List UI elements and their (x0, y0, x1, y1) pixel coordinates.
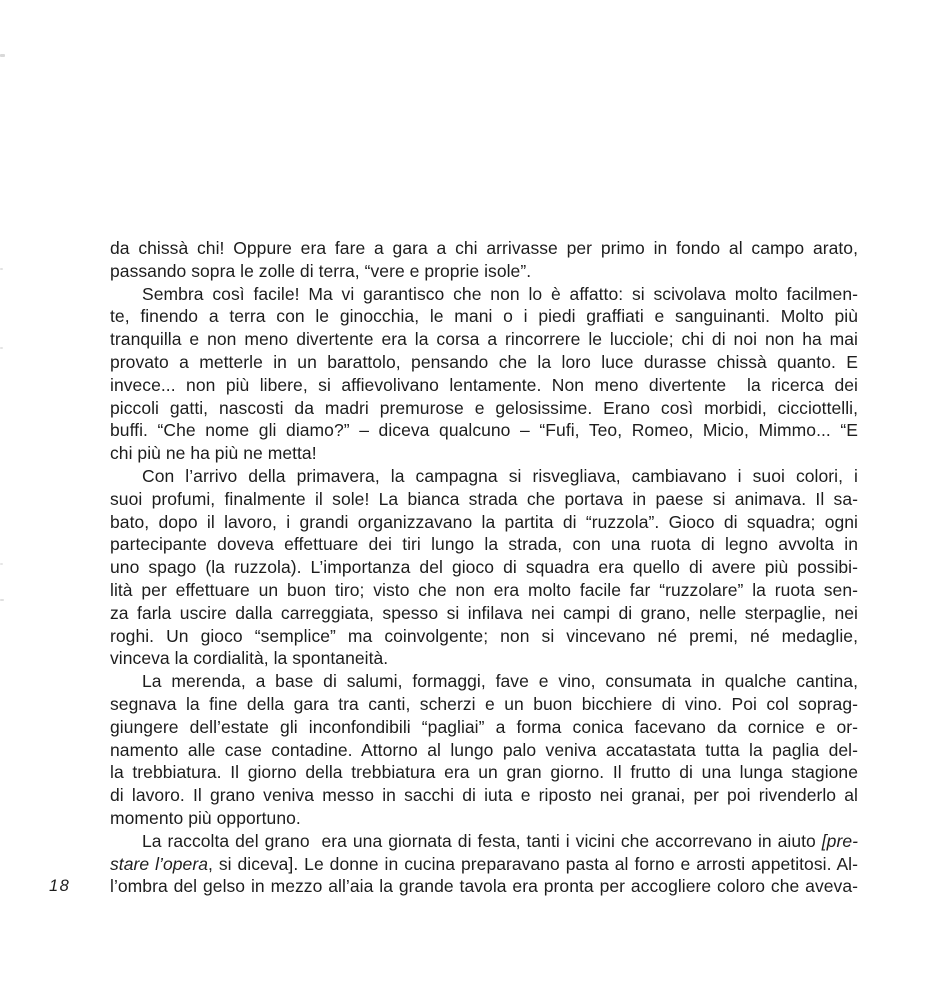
text-segment: La raccolta del grano era una giornata d… (142, 831, 822, 851)
italic-text-segment: [pre- (822, 831, 858, 851)
text-segment: lità per effettuare un buon tiro; visto … (110, 580, 858, 600)
text-segment: vinceva la cordialità, la spontaneità. (110, 648, 388, 668)
text-line: la trebbiatura. Il giorno della trebbiat… (110, 761, 858, 784)
text-segment: za farla uscire dalla carreggiata, spess… (110, 603, 858, 623)
book-page: 18 da chissà chi! Oppure era fare a gara… (0, 0, 942, 1000)
text-line: vinceva la cordialità, la spontaneità. (110, 647, 858, 670)
text-segment: , si diceva]. Le donne in cucina prepara… (208, 854, 858, 874)
text-segment: te, finendo a terra con le ginocchia, le… (110, 306, 858, 326)
text-line: roghi. Un gioco “semplice” ma coinvolgen… (110, 625, 858, 648)
text-line: Sembra così facile! Ma vi garantisco che… (110, 283, 858, 306)
body-text: da chissà chi! Oppure era fare a gara a … (110, 237, 858, 898)
text-segment: bato, dopo il lavoro, i grandi organizza… (110, 512, 858, 532)
text-line: giungere dell’estate gli inconfondibili … (110, 716, 858, 739)
scan-artifact (0, 268, 3, 270)
text-segment: Con l’arrivo della primavera, la campagn… (142, 466, 858, 486)
text-line: uno spago (la ruzzola). L’importanza del… (110, 556, 858, 579)
text-line: passando sopra le zolle di terra, “vere … (110, 260, 858, 283)
text-line: invece... non più libere, si affievoliva… (110, 374, 858, 397)
text-line: segnava la fine della gara tra canti, sc… (110, 693, 858, 716)
text-segment: roghi. Un gioco “semplice” ma coinvolgen… (110, 626, 858, 646)
text-segment: namento alle case contadine. Attorno al … (110, 740, 858, 760)
text-line: Con l’arrivo della primavera, la campagn… (110, 465, 858, 488)
text-segment: piccoli gatti, nascosti da madri premuro… (110, 398, 858, 418)
scan-artifact (0, 347, 3, 349)
text-segment: Sembra così facile! Ma vi garantisco che… (142, 284, 858, 304)
scan-artifact (0, 54, 5, 57)
text-line: stare l’opera, si diceva]. Le donne in c… (110, 853, 858, 876)
text-segment: provato a metterle in un barattolo, pens… (110, 352, 858, 372)
text-line: te, finendo a terra con le ginocchia, le… (110, 305, 858, 328)
text-segment: giungere dell’estate gli inconfondibili … (110, 717, 858, 737)
italic-text-segment: stare l’opera (110, 854, 208, 874)
text-segment: suoi profumi, finalmente il sole! La bia… (110, 489, 858, 509)
text-line: La raccolta del grano era una giornata d… (110, 830, 858, 853)
text-line: buffi. “Che nome gli diamo?” – diceva qu… (110, 419, 858, 442)
text-line: tranquilla e non meno divertente era la … (110, 328, 858, 351)
text-segment: momento più opportuno. (110, 808, 301, 828)
text-segment: passando sopra le zolle di terra, “vere … (110, 261, 531, 281)
text-line: lità per effettuare un buon tiro; visto … (110, 579, 858, 602)
text-segment: da chissà chi! Oppure era fare a gara a … (110, 238, 858, 258)
text-line: chi più ne ha più ne metta! (110, 442, 858, 465)
text-segment: la trebbiatura. Il giorno della trebbiat… (110, 762, 858, 782)
text-segment: invece... non più libere, si affievoliva… (110, 375, 858, 395)
text-segment: La merenda, a base di salumi, formaggi, … (142, 671, 858, 691)
text-line: La merenda, a base di salumi, formaggi, … (110, 670, 858, 693)
text-line: momento più opportuno. (110, 807, 858, 830)
text-line: da chissà chi! Oppure era fare a gara a … (110, 237, 858, 260)
text-line: za farla uscire dalla carreggiata, spess… (110, 602, 858, 625)
text-line: piccoli gatti, nascosti da madri premuro… (110, 397, 858, 420)
text-segment: tranquilla e non meno divertente era la … (110, 329, 858, 349)
text-segment: di lavoro. Il grano veniva messo in sacc… (110, 785, 858, 805)
text-line: namento alle case contadine. Attorno al … (110, 739, 858, 762)
scan-artifact (0, 563, 3, 565)
text-line: l’ombra del gelso in mezzo all’aia la gr… (110, 875, 858, 898)
text-line: partecipante doveva effettuare dei tiri … (110, 533, 858, 556)
text-segment: l’ombra del gelso in mezzo all’aia la gr… (110, 876, 858, 896)
text-segment: uno spago (la ruzzola). L’importanza del… (110, 557, 858, 577)
text-segment: chi più ne ha più ne metta! (110, 443, 317, 463)
scan-artifact (0, 599, 4, 601)
text-line: bato, dopo il lavoro, i grandi organizza… (110, 511, 858, 534)
text-line: di lavoro. Il grano veniva messo in sacc… (110, 784, 858, 807)
text-segment: partecipante doveva effettuare dei tiri … (110, 534, 858, 554)
text-line: provato a metterle in un barattolo, pens… (110, 351, 858, 374)
text-segment: segnava la fine della gara tra canti, sc… (110, 694, 858, 714)
page-number: 18 (49, 877, 70, 896)
text-segment: buffi. “Che nome gli diamo?” – diceva qu… (110, 420, 858, 440)
text-line: suoi profumi, finalmente il sole! La bia… (110, 488, 858, 511)
